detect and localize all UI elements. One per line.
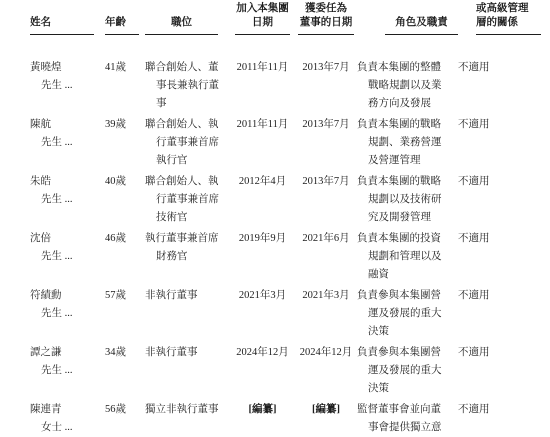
cell-relationship: 不適用 — [458, 401, 541, 437]
cell-position: 非執行董事 — [145, 287, 230, 344]
header-relationship: 或高級管理 層的關係 — [458, 2, 541, 59]
cell-age: 39歲 — [105, 116, 145, 173]
cell-appointed-date: [編纂] — [295, 401, 357, 437]
cell-name: 陳連青 女士 ... — [30, 401, 105, 437]
table-row: 譚之謙 先生 ... 34歲 非執行董事 2024年12月 2024年12月 負… — [30, 344, 541, 401]
cell-appointed-date: 2013年7月 — [295, 173, 357, 230]
cell-appointed-date: 2013年7月 — [295, 59, 357, 116]
cell-appointed-date: 2013年7月 — [295, 116, 357, 173]
header-position-label: 職位 — [145, 16, 218, 35]
cell-relationship: 不適用 — [458, 344, 541, 401]
cell-join-date: 2011年11月 — [230, 116, 295, 173]
cell-age: 34歲 — [105, 344, 145, 401]
cell-appointed-date: 2021年6月 — [295, 230, 357, 287]
header-appointed-date: 獲委任為 董事的日期 — [295, 2, 357, 59]
table-row: 朱皓 先生 ... 40歲 聯合創始人、執 行董事兼首席 技術官 2012年4月… — [30, 173, 541, 230]
cell-join-date: [編纂] — [230, 401, 295, 437]
cell-join-date: 2012年4月 — [230, 173, 295, 230]
table-row: 符績勳 先生 ... 57歲 非執行董事 2021年3月 2021年3月 負責參… — [30, 287, 541, 344]
cell-relationship: 不適用 — [458, 59, 541, 116]
header-age-label: 年齡 — [105, 16, 139, 35]
cell-position: 非執行董事 — [145, 344, 230, 401]
table-row: 陳連青 女士 ... 56歲 獨立非執行董事 [編纂] [編纂] 監督董事會並向… — [30, 401, 541, 437]
header-name: 姓名 — [30, 2, 105, 59]
cell-name: 符績勳 先生 ... — [30, 287, 105, 344]
cell-position: 聯合創始人、執 行董事兼首席 技術官 — [145, 173, 230, 230]
table-row: 黃曉煌 先生 ... 41歲 聯合創始人、董 事長兼執行董 事 2011年11月… — [30, 59, 541, 116]
cell-position: 獨立非執行董事 — [145, 401, 230, 437]
cell-role: 負責參與本集團營 運及發展的重大 決策 — [357, 287, 458, 344]
table-header-row: 姓名 年齡 職位 加入本集團 日期 獲委任為 董事的日期 角色及職責 或高級管理… — [30, 2, 541, 59]
cell-role: 負責參與本集團營 運及發展的重大 決策 — [357, 344, 458, 401]
cell-role: 負責本集團的投資 規劃和管理以及 融資 — [357, 230, 458, 287]
header-age: 年齡 — [105, 2, 145, 59]
header-join-date: 加入本集團 日期 — [230, 2, 295, 59]
cell-role: 負責本集團的整體 戰略規劃以及業 務方向及發展 — [357, 59, 458, 116]
cell-join-date: 2021年3月 — [230, 287, 295, 344]
cell-appointed-date: 2024年12月 — [295, 344, 357, 401]
cell-position: 聯合創始人、董 事長兼執行董 事 — [145, 59, 230, 116]
cell-name: 陳航 先生 ... — [30, 116, 105, 173]
cell-role: 負責本集團的戰略 規劃以及技術研 究及開發管理 — [357, 173, 458, 230]
cell-age: 40歲 — [105, 173, 145, 230]
table-row: 陳航 先生 ... 39歲 聯合創始人、執 行董事兼首席 執行官 2011年11… — [30, 116, 541, 173]
cell-position: 執行董事兼首席 財務官 — [145, 230, 230, 287]
cell-name: 沈倍 先生 ... — [30, 230, 105, 287]
header-join-date-label: 加入本集團 日期 — [235, 2, 290, 35]
cell-name: 黃曉煌 先生 ... — [30, 59, 105, 116]
cell-relationship: 不適用 — [458, 287, 541, 344]
cell-relationship: 不適用 — [458, 230, 541, 287]
cell-join-date: 2011年11月 — [230, 59, 295, 116]
cell-name: 朱皓 先生 ... — [30, 173, 105, 230]
cell-age: 56歲 — [105, 401, 145, 437]
cell-age: 57歲 — [105, 287, 145, 344]
cell-relationship: 不適用 — [458, 116, 541, 173]
cell-position: 聯合創始人、執 行董事兼首席 執行官 — [145, 116, 230, 173]
document-page: 姓名 年齡 職位 加入本集團 日期 獲委任為 董事的日期 角色及職責 或高級管理… — [0, 0, 550, 437]
header-name-label: 姓名 — [30, 16, 94, 35]
table-row: 沈倍 先生 ... 46歲 執行董事兼首席 財務官 2019年9月 2021年6… — [30, 230, 541, 287]
cell-appointed-date: 2021年3月 — [295, 287, 357, 344]
cell-role: 負責本集團的戰略 規劃、業務營運 及營運管理 — [357, 116, 458, 173]
cell-age: 41歲 — [105, 59, 145, 116]
cell-relationship: 不適用 — [458, 173, 541, 230]
header-position: 職位 — [145, 2, 230, 59]
header-appointed-date-label: 獲委任為 董事的日期 — [298, 2, 354, 35]
cell-join-date: 2024年12月 — [230, 344, 295, 401]
cell-role: 監督董事會並向董 事會提供獨立意 — [357, 401, 458, 437]
cell-age: 46歲 — [105, 230, 145, 287]
directors-table: 姓名 年齡 職位 加入本集團 日期 獲委任為 董事的日期 角色及職責 或高級管理… — [30, 2, 541, 437]
header-role: 角色及職責 — [357, 2, 458, 59]
cell-join-date: 2019年9月 — [230, 230, 295, 287]
header-role-label: 角色及職責 — [385, 16, 458, 35]
cell-name: 譚之謙 先生 ... — [30, 344, 105, 401]
header-relationship-label: 或高級管理 層的關係 — [476, 2, 541, 35]
